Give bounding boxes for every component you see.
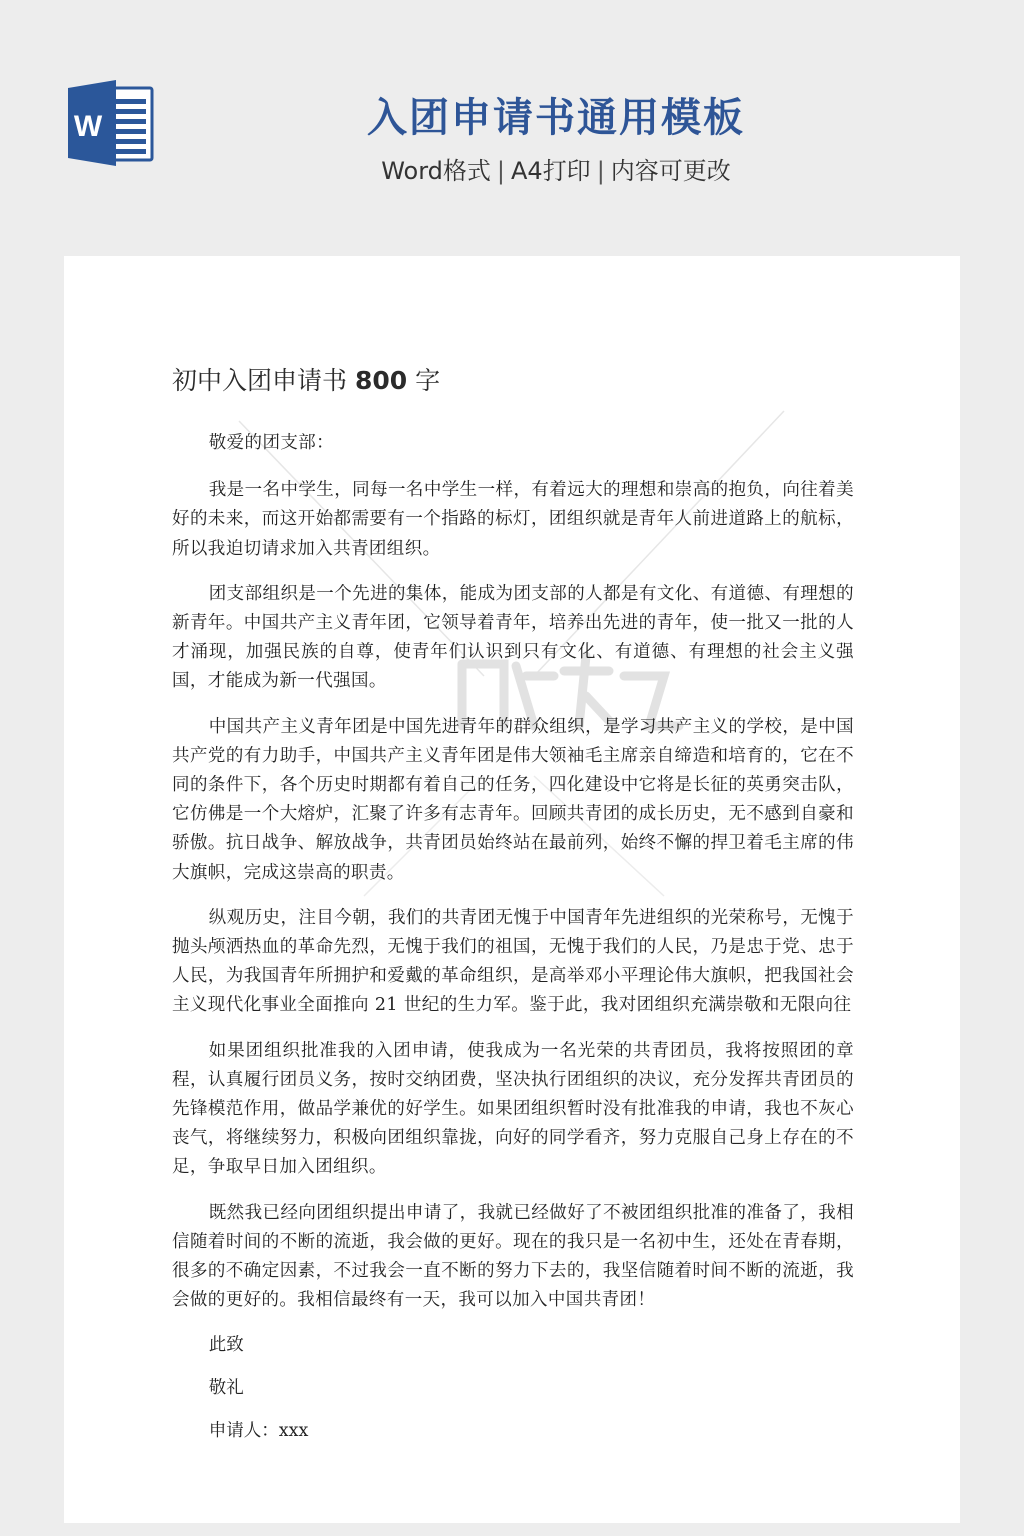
paragraph-1: 我是一名中学生，同每一名中学生一样，有着远大的理想和崇高的抱负，向往着美好的未来… — [172, 476, 854, 564]
paragraph-3: 中国共产主义青年团是中国先进青年的群众组织，是学习共产主义的学校，是中国共产党的… — [172, 713, 854, 888]
template-header: W 入团申请书通用模板 Word格式|A4打印|内容可更改 — [0, 0, 1024, 256]
salutation: 敬爱的团支部： — [172, 429, 854, 458]
paragraph-6: 既然我已经向团组织提出申请了，我就已经做好了不被团组织批准的准备了，我相信随着时… — [172, 1199, 854, 1316]
document-title: 初中入团申请书 800 字 — [172, 361, 854, 401]
document-body: 初中入团申请书 800 字 敬爱的团支部： 我是一名中学生，同每一名中学生一样，… — [172, 361, 854, 1460]
subtitle-editable: 内容可更改 — [611, 157, 731, 185]
subtitle-separator: | — [491, 157, 511, 185]
closing-salute: 敬礼 — [172, 1374, 854, 1403]
paragraph-4: 纵观历史，注目今朝，我们的共青团无愧于中国青年先进组织的光荣称号，无愧于抛头颅洒… — [172, 904, 854, 1021]
subtitle-separator: | — [591, 157, 611, 185]
template-title: 入团申请书通用模板 — [300, 92, 812, 144]
applicant-signature: 申请人：xxx — [172, 1417, 854, 1446]
subtitle-print: A4打印 — [511, 157, 591, 185]
document-page: 初中入团申请书 800 字 敬爱的团支部： 我是一名中学生，同每一名中学生一样，… — [64, 256, 960, 1523]
svg-text:W: W — [74, 110, 103, 143]
template-subtitle: Word格式|A4打印|内容可更改 — [300, 154, 812, 188]
paragraph-2: 团支部组织是一个先进的集体，能成为团支部的人都是有文化、有道德、有理想的新青年。… — [172, 580, 854, 697]
word-icon: W — [64, 80, 156, 166]
subtitle-format: Word格式 — [381, 157, 491, 185]
paragraph-5: 如果团组织批准我的入团申请，使我成为一名光荣的共青团员，我将按照团的章程，认真履… — [172, 1037, 854, 1183]
closing-greeting: 此致 — [172, 1331, 854, 1360]
